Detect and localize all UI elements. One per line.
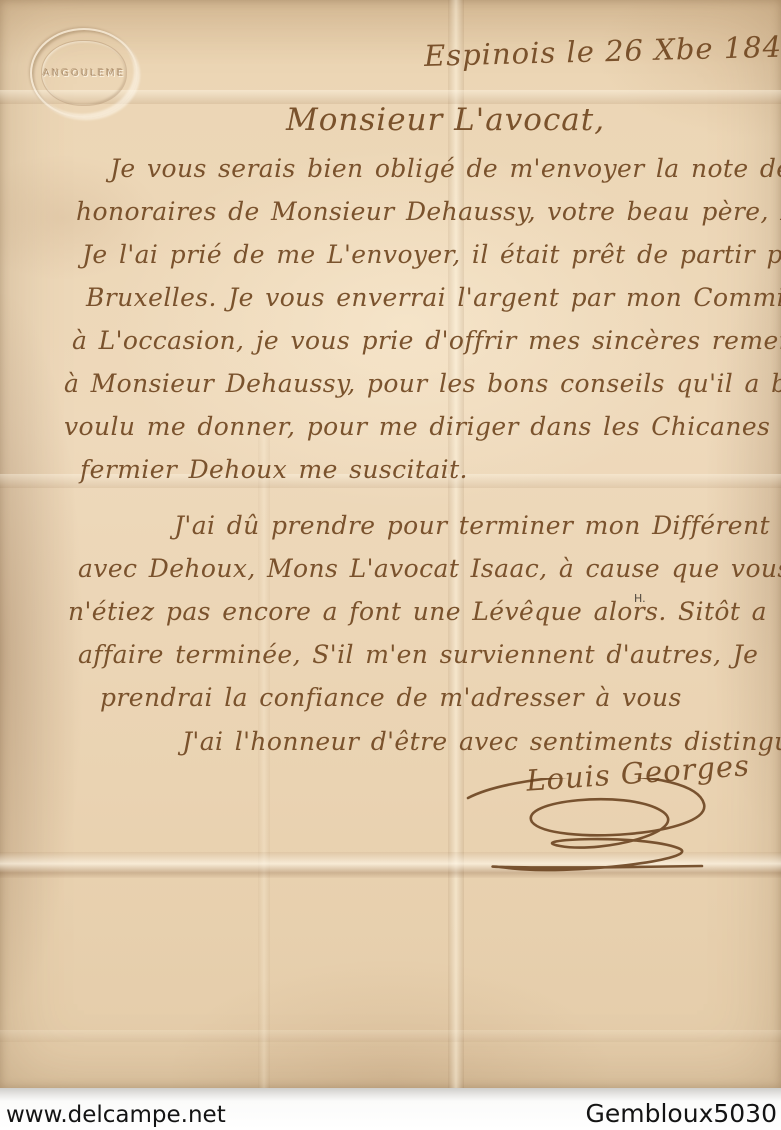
letter-line: Je vous serais bien obligé de m'envoyer … <box>64 154 776 197</box>
letter-line: prendrai la confiance de m'adresser à vo… <box>64 683 776 726</box>
embossed-stamp-border: ANGOULEME <box>41 40 127 106</box>
embossed-stamp-text: ANGOULEME <box>43 68 125 79</box>
watermark-left: www.delcampe.net <box>6 1102 226 1128</box>
letter-line: à Monsieur Dehaussy, pour les bons conse… <box>64 369 776 412</box>
letter-line: affaire terminée, S'il m'en surviennent … <box>64 640 776 683</box>
letter-paragraph-2: J'ai dû prendre pour terminer mon Différ… <box>64 511 776 726</box>
salutation: Monsieur L'avocat, <box>286 102 605 138</box>
letter-line: n'étiez pas encore a font une Lévêque al… <box>64 597 776 640</box>
letter-line: voulu me donner, pour me diriger dans le… <box>64 412 776 455</box>
watermark-bar: www.delcampe.net Gembloux5030 <box>0 1088 781 1130</box>
signature-block: Louis Georges <box>446 754 742 872</box>
letter-line: J'ai dû prendre pour terminer mon Différ… <box>64 511 776 554</box>
scanned-letter-page: ANGOULEME Espinois le 26 Xbe 1847 Monsie… <box>0 0 781 1130</box>
letter-line: Bruxelles. Je vous enverrai l'argent par… <box>64 283 776 326</box>
watermark-right: Gembloux5030 <box>586 1099 777 1128</box>
signature-flourish <box>446 778 736 872</box>
annotation-mark: H. <box>634 592 646 605</box>
embossed-stamp: ANGOULEME <box>30 28 138 118</box>
letter-line: honoraires de Monsieur Dehaussy, votre b… <box>64 197 776 240</box>
letter-line: Je l'ai prié de me L'envoyer, il était p… <box>64 240 776 283</box>
letter-line: fermier Dehoux me suscitait. <box>64 455 776 498</box>
letter-body: Je vous serais bien obligé de m'envoyer … <box>64 154 776 770</box>
letter-line: à L'occasion, je vous prie d'offrir mes … <box>64 326 776 369</box>
letter-line: avec Dehoux, Mons L'avocat Isaac, à caus… <box>64 554 776 597</box>
